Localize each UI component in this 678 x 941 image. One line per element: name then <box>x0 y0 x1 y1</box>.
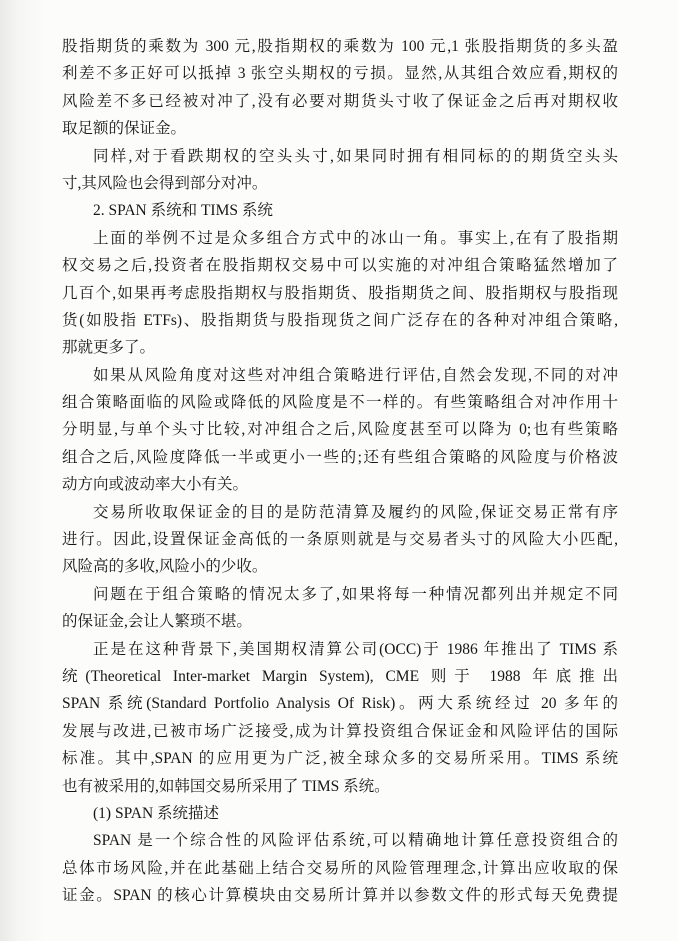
paragraph: 如果从风险角度对这些对冲组合策略进行评估,自然会发现,不同的对冲 组合策略面临的… <box>62 362 618 499</box>
text-line: 利差不多正好可以抵掉 3 张空头期权的亏损。显然,从其组合效应看,期权的 <box>62 60 618 87</box>
text-line: 也有被采用的,如韩国交易所采用了 TIMS 系统。 <box>62 773 618 800</box>
text-line: 总体市场风险,并在此基础上结合交易所的风险管理理念,计算出应收取的保 <box>62 855 618 882</box>
paragraph: SPAN 是一个综合性的风险评估系统,可以精确地计算任意投资组合的 总体市场风险… <box>62 827 618 909</box>
paragraph: 问题在于组合策略的情况太多了,如果将每一种情况都列出并规定不同 的保证金,会让人… <box>62 581 618 636</box>
text-line: 问题在于组合策略的情况太多了,如果将每一种情况都列出并规定不同 <box>62 581 618 608</box>
text-line: 正是在这种背景下,美国期权清算公司(OCC)于 1986 年推出了 TIMS 系 <box>62 636 618 663</box>
paragraph: 股指期货的乘数为 300 元,股指期权的乘数为 100 元,1 张股指期货的多头… <box>62 33 618 143</box>
text-line: 寸,其风险也会得到部分对冲。 <box>62 170 618 197</box>
text-line: 证金。SPAN 的核心计算模块由交易所计算并以参数文件的形式每天免费提 <box>62 882 618 909</box>
text-line: 几百个,如果再考虑股指期权与股指期货、股指期货之间、股指期权与股指现 <box>62 280 618 307</box>
text-line: 风险高的多收,风险小的少收。 <box>62 553 618 580</box>
text-line: SPAN 是一个综合性的风险评估系统,可以精确地计算任意投资组合的 <box>62 827 618 854</box>
paragraph: 交易所收取保证金的目的是防范清算及履约的风险,保证交易正常有序 进行。因此,设置… <box>62 499 618 581</box>
text-line: 组合策略面临的风险或降低的风险度是不一样的。有些策略组合对冲作用十 <box>62 389 618 416</box>
text-line: 交易所收取保证金的目的是防范清算及履约的风险,保证交易正常有序 <box>62 499 618 526</box>
paragraph: 上面的举例不过是众多组合方式中的冰山一角。事实上,在有了股指期 权交易之后,投资… <box>62 225 618 362</box>
text-line: 统(Theoretical Inter-market Margin System… <box>62 663 618 690</box>
section-heading: 2. SPAN 系统和 TIMS 系统 <box>62 197 618 224</box>
text-block: 股指期货的乘数为 300 元,股指期权的乘数为 100 元,1 张股指期货的多头… <box>62 33 618 910</box>
section-heading-text: 2. SPAN 系统和 TIMS 系统 <box>62 197 618 224</box>
text-line: 同样,对于看跌期权的空头头寸,如果同时拥有相同标的的期货空头头 <box>62 143 618 170</box>
section-heading: (1) SPAN 系统描述 <box>62 800 618 827</box>
scan-edge-shading <box>0 0 46 941</box>
text-line: 动方向或波动率大小有关。 <box>62 471 618 498</box>
text-line: 分明显,与单个头寸比较,对冲组合之后,风险度甚至可以降为 0;也有些策略 <box>62 416 618 443</box>
paragraph: 同样,对于看跌期权的空头头寸,如果同时拥有相同标的的期货空头头 寸,其风险也会得… <box>62 143 618 198</box>
text-line: 如果从风险角度对这些对冲组合策略进行评估,自然会发现,不同的对冲 <box>62 362 618 389</box>
text-line: 上面的举例不过是众多组合方式中的冰山一角。事实上,在有了股指期 <box>62 225 618 252</box>
text-line: SPAN 系统(Standard Portfolio Analysis Of R… <box>62 690 618 717</box>
text-line: 权交易之后,投资者在股指期权交易中可以实施的对冲组合策略猛然增加了 <box>62 252 618 279</box>
text-line: 发展与改进,已被市场广泛接受,成为计算投资组合保证金和风险评估的国际 <box>62 718 618 745</box>
text-line: 的保证金,会让人繁琐不堪。 <box>62 608 618 635</box>
text-line: 股指期货的乘数为 300 元,股指期权的乘数为 100 元,1 张股指期货的多头… <box>62 33 618 60</box>
text-line: 进行。因此,设置保证金高低的一条原则就是与交易者头寸的风险大小匹配, <box>62 526 618 553</box>
text-line: 货(如股指 ETFs)、股指期货与股指现货之间广泛存在的各种对冲组合策略, <box>62 307 618 334</box>
page: 股指期货的乘数为 300 元,股指期权的乘数为 100 元,1 张股指期货的多头… <box>0 0 678 941</box>
text-line: 取足额的保证金。 <box>62 115 618 142</box>
text-line: 风险差不多已经被对冲了,没有必要对期货头寸收了保证金之后再对期权收 <box>62 88 618 115</box>
text-line: 标准。其中,SPAN 的应用更为广泛,被全球众多的交易所采用。TIMS 系统 <box>62 745 618 772</box>
text-line: 组合之后,风险度降低一半或更小一些的;还有些组合策略的风险度与价格波 <box>62 444 618 471</box>
paragraph: 正是在这种背景下,美国期权清算公司(OCC)于 1986 年推出了 TIMS 系… <box>62 636 618 800</box>
section-heading-text: (1) SPAN 系统描述 <box>62 800 618 827</box>
text-line: 那就更多了。 <box>62 334 618 361</box>
scan-speck <box>573 861 576 864</box>
